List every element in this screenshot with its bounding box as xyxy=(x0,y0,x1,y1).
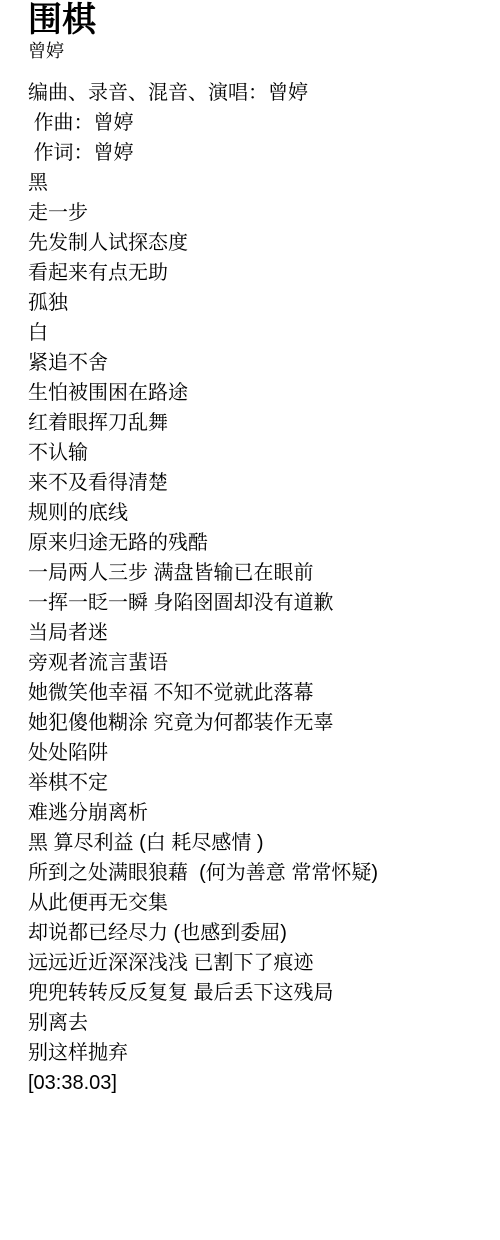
lyric-line: 一挥一眨一瞬 身陷囹圄却没有道歉 xyxy=(28,588,476,618)
lyric-line: 黑 算尽利益 (白 耗尽感情 ) xyxy=(28,828,476,858)
lyric-line: 孤独 xyxy=(28,288,476,318)
lyric-line: 处处陷阱 xyxy=(28,738,476,768)
lyric-line: 别离去 xyxy=(28,1008,476,1038)
lyric-line: 不认输 xyxy=(28,438,476,468)
lyric-line: 远远近近深深浅浅 已割下了痕迹 xyxy=(28,948,476,978)
lyric-line: 来不及看得清楚 xyxy=(28,468,476,498)
lyric-line: 生怕被围困在路途 xyxy=(28,378,476,408)
lyrics-page: 围棋 曾婷 编曲、录音、混音、演唱：曾婷 作曲：曾婷 作词：曾婷 黑 走一步 先… xyxy=(0,0,500,1240)
lyric-line: 她微笑他幸福 不知不觉就此落幕 xyxy=(28,678,476,708)
lyric-line: 举棋不定 xyxy=(28,768,476,798)
page-content: 围棋 曾婷 编曲、录音、混音、演唱：曾婷 作曲：曾婷 作词：曾婷 黑 走一步 先… xyxy=(0,0,500,1098)
lyric-line: 紧追不舍 xyxy=(28,348,476,378)
lyric-line: 兜兜转转反反复复 最后丢下这残局 xyxy=(28,978,476,1008)
lyrics-block: 编曲、录音、混音、演唱：曾婷 作曲：曾婷 作词：曾婷 黑 走一步 先发制人试探态… xyxy=(28,78,476,1098)
lyric-line: 先发制人试探态度 xyxy=(28,228,476,258)
lyric-line: 旁观者流言蜚语 xyxy=(28,648,476,678)
lyric-line: 白 xyxy=(28,318,476,348)
lyric-line: 当局者迷 xyxy=(28,618,476,648)
credits-line: 作曲：曾婷 xyxy=(28,108,476,138)
artist-name: 曾婷 xyxy=(28,40,476,62)
lyric-line: 走一步 xyxy=(28,198,476,228)
lyric-line: 从此便再无交集 xyxy=(28,888,476,918)
lyric-line: 看起来有点无助 xyxy=(28,258,476,288)
lyric-line: 却说都已经尽力 (也感到委屈) xyxy=(28,918,476,948)
lyric-line: 别这样抛弃 xyxy=(28,1038,476,1068)
lyric-line: 规则的底线 xyxy=(28,498,476,528)
credits-line: 作词：曾婷 xyxy=(28,138,476,168)
lyric-line: 所到之处满眼狼藉 (何为善意 常常怀疑) xyxy=(28,858,476,888)
lyric-line: 一局两人三步 满盘皆输已在眼前 xyxy=(28,558,476,588)
lyric-line: 原来归途无路的残酷 xyxy=(28,528,476,558)
lyric-line: 黑 xyxy=(28,168,476,198)
lyric-line: 她犯傻他糊涂 究竟为何都装作无辜 xyxy=(28,708,476,738)
timestamp-line: [03:38.03] xyxy=(28,1068,476,1098)
lyric-line: 红着眼挥刀乱舞 xyxy=(28,408,476,438)
credits-line: 编曲、录音、混音、演唱：曾婷 xyxy=(28,78,476,108)
song-title: 围棋 xyxy=(28,2,476,38)
lyric-line: 难逃分崩离析 xyxy=(28,798,476,828)
